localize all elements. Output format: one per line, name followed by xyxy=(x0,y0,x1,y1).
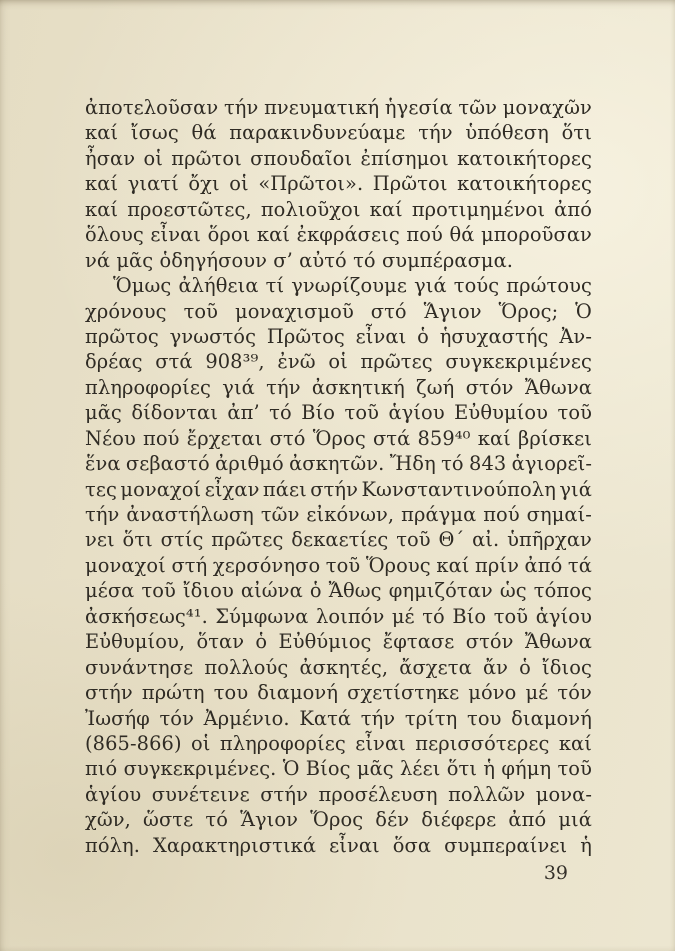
book-page: ἀποτελοῦσαντήνπνευματικήἡγεσίατῶνμοναχῶν… xyxy=(0,0,675,951)
text-line: ἁγίουσυνέτεινεστήνπροσέλευσηπολλῶνμονα- xyxy=(85,782,592,807)
text-line: πιόσυγκεκριμένες.ὉΒίοςμᾶςλέειὅτιἡφήμητοῦ xyxy=(85,756,592,781)
text-line: δρέαςστά908³⁹,ἐνῶοἱπρῶτεςσυγκεκριμένες xyxy=(85,349,592,374)
text-line: πόλη.Χαρακτηριστικάεἶναιὅσασυμπεραίνειἡ xyxy=(85,833,592,858)
text-line: ἕνασεβαστόἀριθμόἀσκητῶν.Ἤδητό843ἁγιορεῖ- xyxy=(85,451,592,476)
text-line: χρόνουςτοῦμοναχισμοῦστόἍγιονὍρος;Ὁ xyxy=(85,299,592,324)
text-line: πρῶτοςγνωστόςΠρῶτοςεἶναιὁἡσυχαστήςἈν- xyxy=(85,324,592,349)
text-line: πληροφορίεςγιάτήνἀσκητικήζωήστόνἌθωνα xyxy=(85,375,592,400)
text-line: (865-866)οἱπληροφορίεςεἶναιπερισσότερεςκ… xyxy=(85,731,592,756)
text-line: ἦσανοἱπρῶτοισπουδαῖοιἐπίσημοικατοικήτορε… xyxy=(85,146,592,171)
text-line: στήνπρώτητουδιαμονήσχετίστηκεμόνομέτόν xyxy=(85,680,592,705)
text-line: ΝέουπούἔρχεταιστόὍροςστά859⁴⁰καίβρίσκει xyxy=(85,426,592,451)
text-line: τήνἀναστήλωσητῶνεἰκόνων,πράγμαπούσημαί- xyxy=(85,502,592,527)
text-line: ἀποτελοῦσαντήνπνευματικήἡγεσίατῶνμοναχῶν xyxy=(85,95,592,120)
text-line: καίἴσωςθάπαρακινδυνεύαμετήνὑπόθεσηὅτι xyxy=(85,120,592,145)
text-line: τεςμοναχοίεἶχανπάειστήνΚωνσταντινούποληγ… xyxy=(85,477,592,502)
text-line: μοναχοίστήχερσόνησοτοῦὍρουςκαίπρίνἀπότά xyxy=(85,553,592,578)
text-line: μέσατοῦἴδιουαἰώναὁἌθωςφημιζότανὡςτόπος xyxy=(85,578,592,603)
text-line: ἸωσήφτόνἈρμένιο.Κατάτήντρίτητουδιαμονή xyxy=(85,706,592,731)
text-line: μᾶςδίδονταιἀπ’τόΒίοτοῦἁγίουΕὐθυμίουτοῦ xyxy=(85,400,592,425)
text-line: χῶν,ὥστετόἍγιονὍροςδένδιέφερεἀπόμιά xyxy=(85,807,592,832)
text-line: Εὐθυμίου,ὅτανὁΕὐθύμιοςἔφτασεστόνἌθωνα xyxy=(85,629,592,654)
text-line: καίγιατίὄχιοἱ«Πρῶτοι».Πρῶτοικατοικήτορες xyxy=(85,171,592,196)
text-line: ἀσκήσεως⁴¹.ΣύμφωναλοιπόνμέτόΒίοτοῦἁγίου xyxy=(85,604,592,629)
text-line: καίπροεστῶτες,πολιοῦχοικαίπροτιμημένοιἀπ… xyxy=(85,197,592,222)
text-line: συνάντησεπολλούςἀσκητές,ἄσχεταἄνὁἴδιος xyxy=(85,655,592,680)
text-line: ὅλουςεἶναιὅροικαίἐκφράσειςπούθάμποροῦσαν xyxy=(85,222,592,247)
text-line: Ὅμωςἀλήθειατίγνωρίζουμεγιάτούςπρώτους xyxy=(85,273,592,298)
text-block: ἀποτελοῦσαντήνπνευματικήἡγεσίατῶνμοναχῶν… xyxy=(85,95,592,858)
text-line: νά μᾶς ὁδηγήσουν σ’ αὐτό τό συμπέρασμα. xyxy=(85,248,592,273)
text-line: νειὅτιστίςπρῶτεςδεκαετίεςτοῦΘ΄αἰ.ὑπῆρχαν xyxy=(85,527,592,552)
page-number: 39 xyxy=(85,861,568,886)
